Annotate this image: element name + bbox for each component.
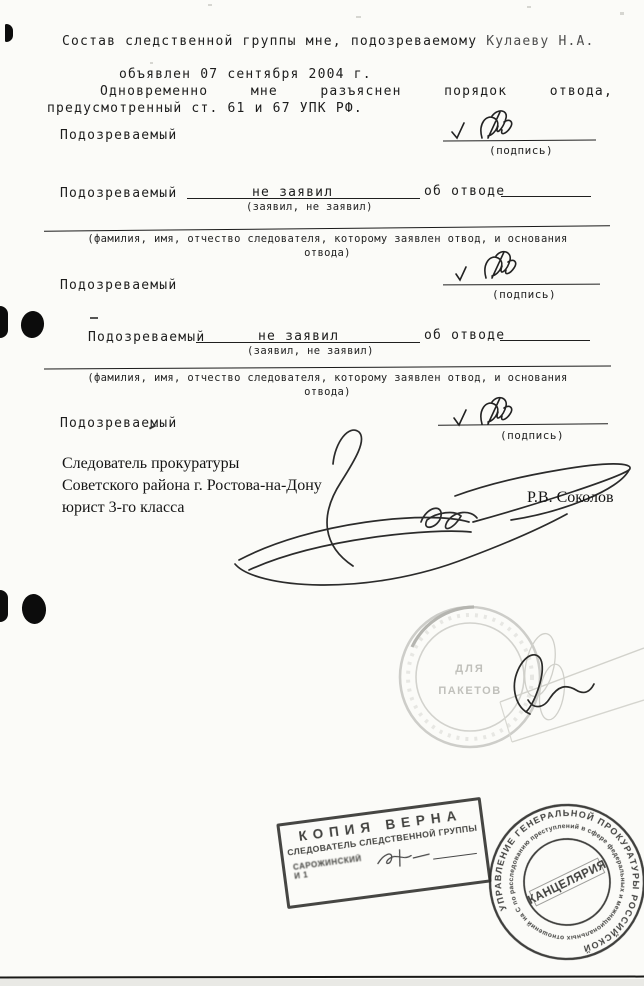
investigator-hint-2a: (фамилия, имя, отчество следователя, кот… (40, 372, 615, 384)
intro-line-1: Состав следственной группы мне, подозрев… (62, 34, 595, 49)
scan-bottom-edge-line (0, 976, 644, 979)
suspect-signature-mark-2 (450, 250, 530, 286)
signature-bottom-arc-2 (249, 531, 471, 570)
about-recusal-text-1: об отводе (424, 184, 505, 199)
signature-bottom-arc-1 (239, 518, 469, 560)
suspect-label-5: Подозреваемый (60, 416, 177, 431)
suspect-label-2: Подозреваемый (60, 186, 177, 201)
suspect-label-3: Подозреваемый (60, 278, 177, 293)
about-recusal-text-2: об отводе (424, 328, 505, 343)
investigator-signature (215, 418, 644, 593)
impression-line-1 (500, 648, 644, 702)
signature-top-loop (327, 430, 362, 566)
impression-loop-ghost-2 (536, 663, 568, 722)
chancellery-center-text: КАНЦЕЛЯРИЯ (526, 859, 608, 907)
intro-word: порядок (444, 84, 507, 99)
intro-line-2: объявлен 07 сентября 2004 г. (119, 67, 372, 82)
signature-scribble (485, 252, 516, 278)
not-declared-text-1: не заявил (252, 185, 333, 200)
signature-scribble (481, 111, 512, 138)
copy-verification-stamp: КОПИЯ ВЕРНА СЛЕДОВАТЕЛЬ СЛЕДСТВЕННОЙ ГРУ… (276, 797, 491, 909)
hole-punch-edge-2 (0, 590, 8, 622)
scan-noise-speck (208, 4, 212, 6)
impression-line-2 (512, 700, 644, 742)
suspect-label-1: Подозреваемый (60, 128, 177, 143)
declared-hint-2: (заявил, не заявил) (247, 345, 374, 357)
chancellery-stamp: УПРАВЛЕНИЕ ГЕНЕРАЛЬНОЙ ПРОКУРАТУРЫ РОССИ… (481, 798, 644, 970)
intro-line-3: Одновременно мне разъяснен порядок отвод… (100, 84, 613, 99)
intro-line-4: предусмотренный ст. 61 и 67 УПК РФ. (47, 101, 363, 116)
copy-stamp-underline (432, 842, 477, 859)
separator-line-1 (44, 225, 610, 231)
copy-stamp-signature-doodle (372, 843, 434, 873)
investigator-title-line-3: юрист 3-го класса (62, 499, 184, 517)
copy-stamp-name: САРОЖИНСКИЙ И 1 (293, 853, 372, 881)
intro-word: мне (251, 84, 278, 99)
investigator-title-line-1: Следователь прокуратуры (62, 455, 239, 473)
scanned-document-page: Состав следственной группы мне, подозрев… (0, 0, 644, 986)
declared-hint-1: (заявил, не заявил) (246, 201, 373, 213)
investigator-hint-1a: (фамилия, имя, отчество следователя, кот… (40, 233, 615, 245)
scan-noise-speck (356, 16, 361, 18)
suspect-signature-mark-1 (448, 108, 528, 144)
signature-caption-2: (подпись) (492, 288, 556, 301)
binding-mark-top (5, 24, 13, 42)
scan-noise-speck (150, 62, 153, 64)
hole-punch-dot-1 (19, 310, 46, 340)
signature-caption-1: (подпись) (489, 144, 553, 157)
not-declared-text-2: не заявил (258, 329, 339, 344)
intro-word: Одновременно (100, 84, 208, 99)
scan-bottom-strip (0, 979, 644, 986)
suspect-name-text: Кулаеву Н.А. (486, 34, 594, 49)
envelope-impression (470, 600, 644, 780)
signature-bottom-sweep (235, 514, 567, 585)
pen-tick-mark (90, 317, 98, 319)
checkmark-icon (456, 267, 466, 280)
hole-punch-dot-2 (20, 593, 47, 625)
suspect-label-4: Подозреваемый (88, 330, 205, 345)
impression-line-3 (500, 702, 512, 742)
scan-noise-speck (620, 12, 624, 15)
recusal-fill-line-2 (500, 340, 590, 341)
checkmark-icon (452, 123, 464, 138)
hole-punch-edge-1 (0, 306, 8, 338)
intro-word: разъяснен (320, 84, 401, 99)
separator-line-2 (44, 366, 611, 370)
recusal-fill-line-1 (501, 196, 591, 197)
intro-word: отвода, (550, 84, 613, 99)
intro-line-1-text: Состав следственной группы мне, подозрев… (62, 34, 486, 49)
scan-noise-speck (527, 6, 531, 8)
